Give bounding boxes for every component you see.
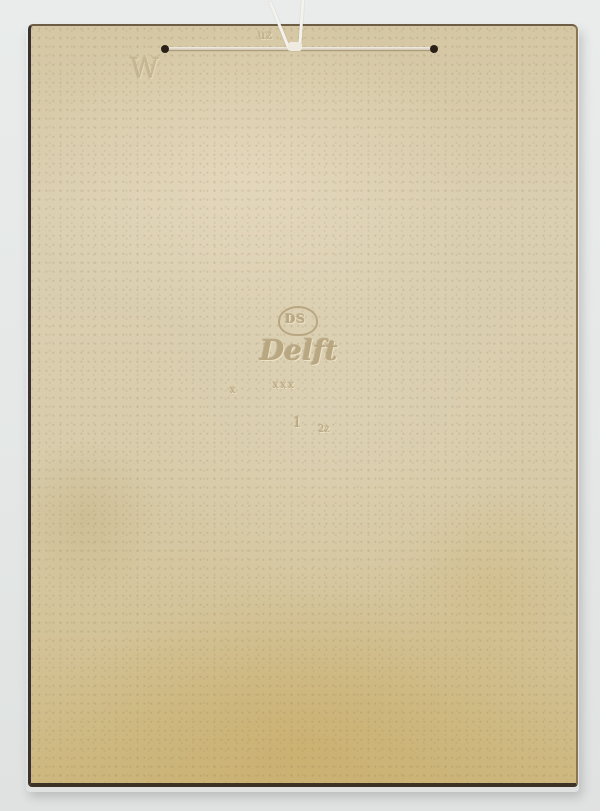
tile-back [28, 24, 578, 787]
glaze-texture [31, 26, 576, 783]
extra-mark: 2z [318, 424, 330, 435]
wire-hole-right [430, 45, 438, 53]
code-mark: xxx [273, 380, 296, 391]
small-mark: x [230, 385, 236, 396]
top-scribble: uz [258, 28, 272, 42]
scratch-mark: W [130, 52, 159, 85]
logo-letters: DS [285, 312, 306, 326]
maker-mark: Delft [260, 334, 338, 367]
string-knot [288, 42, 302, 51]
number-mark: 1 [293, 415, 302, 431]
wire-hole-left [161, 45, 169, 53]
